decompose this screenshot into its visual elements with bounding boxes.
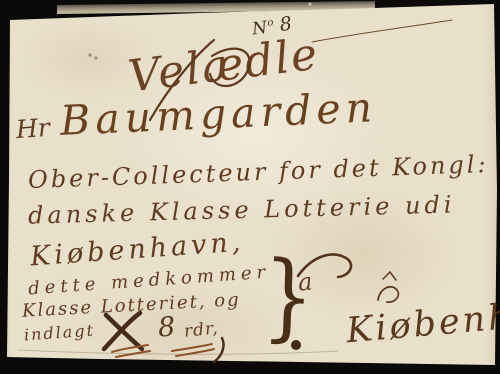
letter-photo: No8 Velædle Hr Baumgarden Ober-Collecteu… xyxy=(0,0,500,374)
note-amount: 8 xyxy=(157,313,176,341)
grouping-brace: } xyxy=(261,249,316,346)
annotation-superscript: o xyxy=(267,17,275,29)
destination-prefix: a xyxy=(297,269,313,294)
salutation: Hr xyxy=(15,115,50,142)
note-unit: rdr, xyxy=(183,320,219,341)
